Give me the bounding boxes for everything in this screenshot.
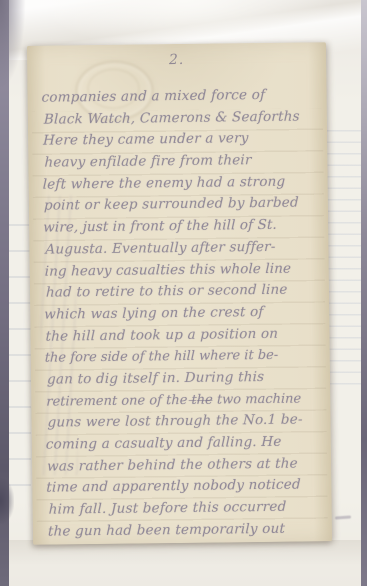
backdrop-edge-right bbox=[361, 0, 367, 586]
handwritten-text-block: companies and a mixed force of Black Wat… bbox=[41, 84, 325, 543]
handwriting-line: had to retire to this or second line bbox=[46, 279, 322, 304]
backdrop-corner-bottom-left bbox=[0, 478, 14, 524]
photo-of-letter: 2. companies and a mixed force of Black … bbox=[0, 0, 367, 586]
backing-ruled-lines-right bbox=[325, 120, 361, 390]
stray-pencil-mark bbox=[335, 515, 351, 519]
handwriting-line: Augusta. Eventually after suffer- bbox=[45, 236, 321, 261]
handwriting-line: the gun had been temporarily out bbox=[48, 518, 325, 543]
backing-ruled-lines-left bbox=[9, 200, 31, 500]
backing-paper-shadow bbox=[9, 540, 361, 586]
letter-page: 2. companies and a mixed force of Black … bbox=[27, 42, 332, 545]
handwriting-line: wire, just in front of the hill of St. bbox=[43, 214, 321, 239]
handwriting-line: him fall. Just before this occurred bbox=[48, 496, 324, 521]
page-number: 2. bbox=[27, 50, 326, 70]
handwriting-line: companies and a mixed force of bbox=[41, 84, 319, 109]
backdrop-corner-top-left bbox=[0, 0, 26, 90]
handwriting-line: coming a casualty and falling. He bbox=[46, 431, 324, 456]
handwriting-line: gan to dig itself in. During this bbox=[47, 366, 323, 391]
handwriting-line: which was lying on the crest of bbox=[44, 301, 322, 326]
handwriting-line: heavy enfilade fire from their bbox=[44, 149, 320, 174]
